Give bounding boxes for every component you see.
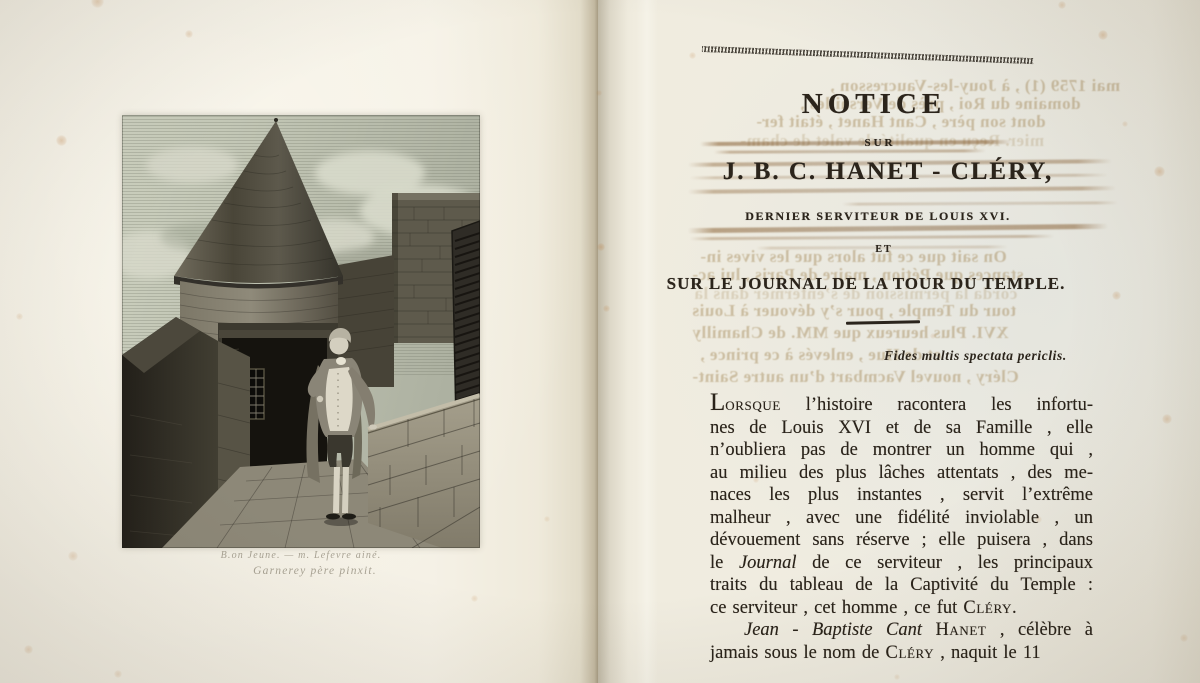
body-line: dévouement sans réserve ; elle puisera ,…: [710, 529, 1093, 552]
lead-smallcaps: orsque: [725, 395, 781, 415]
foxing-spot: [1154, 166, 1165, 177]
foxing-spot: [1122, 121, 1128, 127]
louver-shutter: [452, 221, 480, 423]
name-italic: Jean - Baptiste Cant: [744, 620, 935, 640]
title-subtitle: DERNIER SERVITEUR DE LOUIS XVI.: [666, 209, 1090, 224]
page-title: NOTICE: [662, 88, 1086, 121]
body-line-text: de ce serviteur , les principaux: [797, 553, 1093, 573]
engraving-plate: [122, 115, 480, 548]
ghost-line: Cléry , nouvel Vacmbart d’un autre Saint…: [692, 367, 1019, 387]
body-line: au milieu des plus lâches attentats , de…: [710, 462, 1093, 485]
body-line: n’oubliera pas de montrer un homme qui ,: [710, 439, 1093, 462]
foxing-spot: [114, 670, 122, 678]
title-journal-line: SUR LE JOURNAL DE LA TOUR DU TEMPLE.: [654, 274, 1078, 294]
foxing-spot: [544, 516, 550, 522]
foxing-spot: [56, 135, 67, 146]
foxing-spot: [68, 551, 78, 561]
title-block: NOTICE SUR J. B. C. HANET - CLÉRY, DERNI…: [676, 0, 1100, 320]
title-et: ET: [672, 244, 1096, 255]
foxing-spot: [894, 674, 900, 680]
foxing-spot: [16, 313, 23, 320]
clery-smallcaps: Cléry.: [963, 598, 1017, 618]
gutter-highlight: [636, 0, 658, 683]
body-line: Jean - Baptiste Cant Hanet , célèbre à: [710, 619, 1093, 642]
body-line-text: le: [710, 553, 739, 573]
clery-smallcaps: Cléry: [886, 643, 935, 663]
body-line-text: ce serviteur , cet homme , ce fut: [710, 598, 963, 618]
foxing-spot: [24, 645, 33, 654]
body-line: traits du tableau de la Captivité du Tem…: [710, 574, 1093, 597]
body-line-text: , naquit le 11: [934, 643, 1041, 663]
epigraph: Fides multis spectata periclis.: [884, 348, 1067, 364]
body-text: Lorsque l’histoire racontera les infortu…: [710, 390, 1093, 665]
body-line: le Journal de ce serviteur , les princip…: [710, 552, 1093, 575]
lead-capital: L: [710, 389, 725, 416]
body-line-text: jamais sous le nom de: [710, 643, 886, 663]
title-sur: SUR: [668, 137, 1092, 149]
foxing-spot: [1112, 291, 1121, 300]
body-line-text: , célèbre à: [986, 620, 1093, 640]
foxing-spot: [1162, 414, 1172, 424]
foxing-spot: [185, 30, 193, 38]
body-line: ce serviteur , cet homme , ce fut Cléry.: [710, 597, 1093, 620]
ghost-line: XVI. Plus heureux que MM. de Chamilly: [692, 323, 1009, 343]
body-line: malheur , avec une fidélité inviolable ,…: [710, 507, 1093, 530]
body-line: jamais sous le nom de Cléry , naquit le …: [710, 642, 1093, 665]
foxing-spot: [471, 595, 478, 602]
gutter-shadow: [598, 0, 628, 683]
engraving-temple-tower: [122, 115, 480, 548]
body-line: nes de Louis XVI et de sa Famille , elle: [710, 417, 1093, 440]
body-line: Lorsque l’histoire racontera les infortu…: [710, 390, 1093, 417]
foxing-spot: [1180, 634, 1188, 642]
body-line-text: l’histoire racontera les infortu-: [781, 395, 1093, 415]
plate-caption-line1: B.on Jeune. — m. Lefevre ainé.: [122, 550, 480, 561]
journal-italic: Journal: [739, 553, 797, 573]
foxing-spot: [597, 243, 605, 251]
foxing-spot: [596, 90, 602, 96]
book-photo: B.on Jeune. — m. Lefevre ainé. Garnerey …: [0, 0, 1200, 683]
title-name: J. B. C. HANET - CLÉRY,: [676, 158, 1100, 186]
hanet-smallcaps: Hanet: [935, 620, 986, 640]
body-line: naces les plus instantes , servit l’extr…: [710, 484, 1093, 507]
foxing-spot: [603, 305, 610, 312]
plate-caption-line2: Garnerey père pinxit.: [122, 565, 494, 577]
